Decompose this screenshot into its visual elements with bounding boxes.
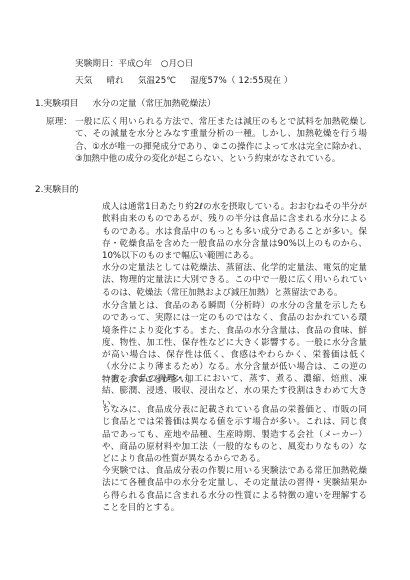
principle-text: 一般に広く用いられる方法で、常圧または減圧のもとで試料を加熱乾燥して、その減量を… xyxy=(75,116,367,165)
section1-title: 実験項目 xyxy=(43,99,78,109)
weather-value: 晴れ xyxy=(106,76,123,86)
section1-subject: 水分の定量（常圧加熱乾燥法） xyxy=(93,99,216,109)
document-page: 実験期日：平成○年 ○月○日 天気晴れ気温25℃湿度57%（ 12:55現在 ）… xyxy=(0,0,410,580)
section2-heading: 2.実験目的 xyxy=(35,184,79,196)
principle-label: 原理： xyxy=(46,116,72,128)
section2-title: 実験目的 xyxy=(43,185,78,195)
temperature: 気温25℃ xyxy=(138,76,176,86)
purpose-paragraph: 成人は通常1日あたり約2ℓの水を摂取している。おおむねその半分が飲料由来のもので… xyxy=(102,201,367,262)
purpose-paragraph: 水分の定量法としては乾燥法、蒸留法、化学的定量法、電気的定量法、物理的定量法に大… xyxy=(102,262,367,299)
weather-line: 天気晴れ気温25℃湿度57%（ 12:55現在 ） xyxy=(75,75,293,87)
purpose-paragraph: 今実験では、食品成分表の作製に用いる実験法である常圧加熱乾燥法にて各種食品中の水… xyxy=(102,465,367,514)
section1-heading: 1.実験項目水分の定量（常圧加熱乾燥法） xyxy=(35,98,216,110)
humidity: 湿度57%（ 12:55現在 ） xyxy=(190,76,293,86)
experiment-date: 実験期日：平成○年 ○月○日 xyxy=(75,58,193,70)
weather-label: 天気 xyxy=(75,76,92,86)
purpose-paragraph: ちなみに、食品成分表に記載されている食品の栄養価と、市販の同じ食品とでは栄養価は… xyxy=(102,404,367,465)
